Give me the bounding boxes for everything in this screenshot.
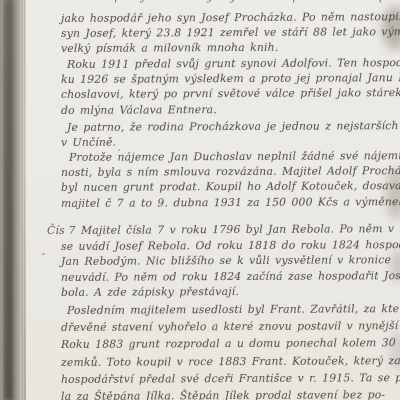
text-line: choslavovi, který po první světové válce…	[61, 85, 400, 102]
paragraph: Roku 1911 předal svůj grunt synovi Adolf…	[61, 55, 400, 118]
text-line: Roku 1911 předal svůj grunt synovi Adolf…	[61, 55, 400, 72]
text-line: zemků. Toto koupil v roce 1883 Frant. Ko…	[61, 352, 400, 371]
ink-speck	[42, 253, 45, 255]
text-line: byl nucen grunt prodat. Koupil ho Adolf …	[61, 178, 400, 195]
text-line: nosti, byla s ním smlouva rozvázána. Maj…	[61, 163, 400, 180]
text-line: dřevěné stavení vyhořelo a které znovu p…	[61, 317, 400, 336]
text-line: Protože nájemce Jan Duchoslav neplnil žá…	[61, 148, 400, 165]
text-line: Posledním majitelem usedlosti byl Frant.…	[61, 300, 400, 319]
text-line: Majitel čísla 7 v roku 1796 byl Jan Rebo…	[61, 221, 400, 238]
text-line: Je patrno, že rodina Procházkova je jedn…	[61, 118, 400, 135]
text-line: la za Štěpána Jílka. Štěpán Jílek prodal…	[61, 386, 400, 400]
scanned-page: nespokojenost a když syn zemřel po něm n…	[0, 0, 400, 400]
text-line: ku 1926 se špatným výsledkem a proto jej…	[61, 70, 400, 87]
text-line: jako hospodář jeho syn Josef Procházka. …	[61, 9, 400, 26]
binding-shadow-core	[4, 0, 13, 400]
paragraph: Posledním majitelem usedlosti byl Frant.…	[61, 300, 400, 400]
text-line: neuvádí. Po něm od roku 1824 začíná zase…	[61, 268, 400, 285]
text-line: majitel č 7 a to 9. dubna 1931 za 150 00…	[61, 194, 400, 211]
text-line: do mlýna Václava Entnera.	[61, 101, 400, 118]
text-line: bola. A zde zápisky přestávají.	[61, 283, 400, 300]
text-line: syn Josef, který 23.8 1921 zemřel ve stá…	[61, 24, 400, 41]
text-line: se uvádí Josef Rebola. Od roku 1818 do r…	[61, 237, 400, 254]
paragraph: Je patrno, že rodina Procházkova je jedn…	[61, 118, 400, 150]
text-line: velký písmák a milovník mnoha knih.	[61, 39, 400, 56]
paragraph: Majitel čísla 7 v roku 1796 byl Jan Rebo…	[61, 221, 400, 300]
paragraph: Protože nájemce Jan Duchoslav neplnil žá…	[61, 148, 400, 211]
text-line: Roku 1883 grunt rozprodal a u domu ponec…	[61, 334, 400, 353]
text-line: Jan Rebodým. Nic bližšího se k vůli vysv…	[61, 252, 400, 269]
text-line: hospodářství předal své dceři Františce …	[61, 369, 400, 388]
handwritten-text: jako hospodář jeho syn Josef Procházka. …	[61, 0, 400, 400]
paragraph: jako hospodář jeho syn Josef Procházka. …	[61, 9, 400, 56]
